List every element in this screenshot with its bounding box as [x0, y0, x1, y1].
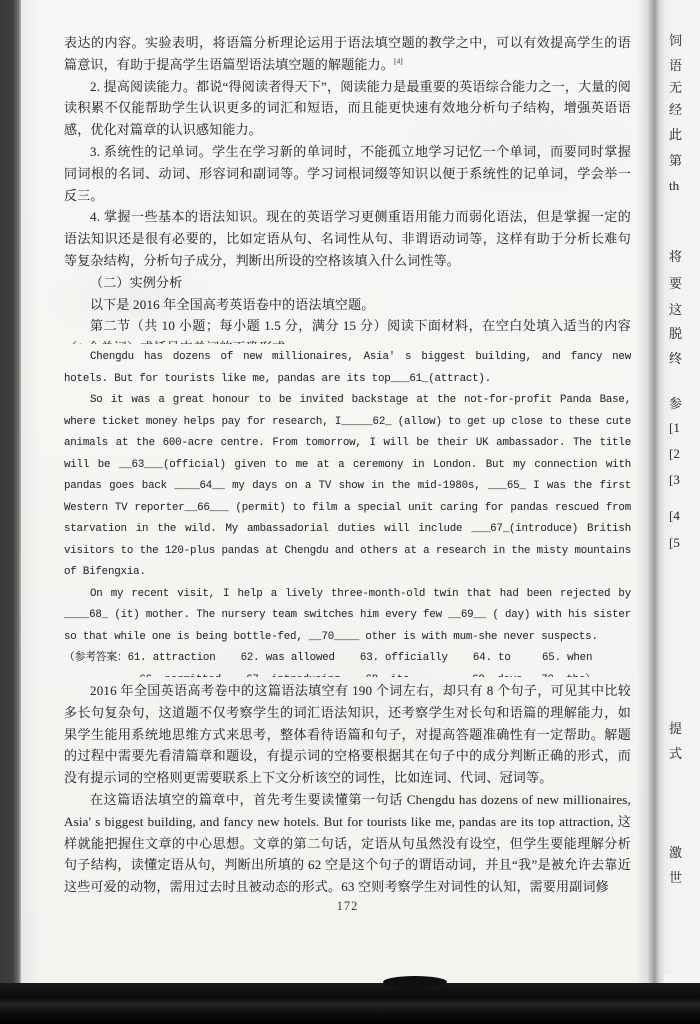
adjacent-page-line-fragment: 饲	[669, 30, 682, 49]
adjacent-page-line-fragment: 第	[669, 150, 682, 169]
adjacent-page-line-fragment: [5	[669, 535, 680, 551]
footnote-ref: [4]	[394, 56, 403, 65]
adjacent-page-line-fragment: 语	[669, 55, 682, 74]
adjacent-page-line-fragment: th	[669, 178, 679, 194]
paragraph: 以下是 2016 年全国高考英语卷中的语法填空题。	[64, 294, 631, 316]
adjacent-page-line-fragment: 激	[669, 842, 682, 861]
adjacent-page-line-fragment: 将	[669, 246, 682, 265]
paragraph-text: 在这篇语法填空的篇章中，首先考生要读懂第一句话 Chengdu has doze…	[64, 792, 631, 894]
adjacent-page-line-fragment: 脱	[669, 323, 682, 342]
paragraph: 4. 掌握一些基本的语法知识。现在的英语学习更侧重语用能力而弱化语法，但是掌握一…	[64, 206, 631, 271]
adjacent-page-line-fragment: 世	[669, 867, 682, 886]
page-gutter-shadow	[636, 0, 664, 985]
paragraph-text: （参考答案：61. attraction 62. was allowed 63.…	[64, 652, 596, 677]
adjacent-page-line-fragment: [1	[669, 420, 680, 436]
paragraph: 2016 年全国英语高考卷中的这篇语法填空有 190 个词左右，却只有 8 个句…	[64, 680, 631, 789]
paragraph: 在这篇语法填空的篇章中，首先考生要读懂第一句话 Chengdu has doze…	[64, 789, 631, 898]
adjacent-page-line-fragment: 提	[669, 718, 682, 737]
adjacent-page-line-fragment: 此	[669, 124, 682, 143]
adjacent-page-line-fragment: [4	[669, 508, 680, 524]
paragraph-text: On my recent visit, I help a lively thre…	[64, 588, 631, 643]
paragraph-text: （二）实例分析	[90, 275, 182, 290]
book-page: 表达的内容。实验表明，将语篇分析理论运用于语法填空题的教学之中，可以有效提高学生…	[21, 0, 645, 985]
adjacent-page-line-fragment: 要	[669, 273, 682, 292]
paragraph-text: 4. 掌握一些基本的语法知识。现在的英语学习更侧重语用能力而弱化语法，但是掌握一…	[64, 209, 631, 268]
adjacent-page-line-fragment: 式	[669, 743, 682, 762]
paragraph-text: 2016 年全国英语高考卷中的这篇语法填空有 190 个词左右，却只有 8 个句…	[64, 683, 631, 785]
scan-bottom-band	[0, 983, 700, 1024]
paragraph-text: 2. 提高阅读能力。都说“得阅读者得天下”，阅读能力是最重要的英语综合能力之一，…	[64, 79, 631, 138]
paragraph: On my recent visit, I help a lively thre…	[64, 584, 631, 649]
adjacent-page-line-fragment: [3	[669, 472, 680, 488]
paragraph: Chengdu has dozens of new millionaires, …	[64, 347, 631, 390]
adjacent-page-edge: 饲语无经此第th将要这脱终参[1[2[3[4[5提式激世	[664, 0, 700, 975]
adjacent-page-line-fragment: 无	[669, 77, 682, 96]
paragraph-text: 3. 系统性的记单词。学生在学习新的单词时，不能孤立地学习记忆一个单词，而要同时…	[64, 144, 631, 203]
paragraph: 第二节（共 10 小题；每小题 1.5 分，满分 15 分）阅读下面材料，在空白…	[64, 315, 631, 344]
intro-section: 表达的内容。实验表明，将语篇分析理论运用于语法填空题的教学之中，可以有效提高学生…	[64, 32, 631, 344]
paragraph-text: 表达的内容。实验表明，将语篇分析理论运用于语法填空题的教学之中，可以有效提高学生…	[64, 35, 631, 72]
page-number: 172	[64, 899, 631, 914]
adjacent-page-line-fragment: [2	[669, 446, 680, 462]
paragraph-text: Chengdu has dozens of new millionaires, …	[64, 351, 631, 385]
adjacent-page-line-fragment: 终	[669, 348, 682, 367]
scan-left-gutter-band	[0, 0, 21, 1024]
paragraph: 表达的内容。实验表明，将语篇分析理论运用于语法填空题的教学之中，可以有效提高学生…	[64, 32, 631, 76]
paragraph-text: 第二节（共 10 小题；每小题 1.5 分，满分 15 分）阅读下面材料，在空白…	[64, 318, 631, 344]
paragraph: 3. 系统性的记单词。学生在学习新的单词时，不能孤立地学习记忆一个单词，而要同时…	[64, 141, 631, 206]
adjacent-page-line-fragment: 参	[669, 393, 682, 412]
paragraph-text: So it was a great honour to be invited b…	[64, 394, 631, 578]
exercise-section: Chengdu has dozens of new millionaires, …	[64, 347, 631, 677]
scanned-book-page: 表达的内容。实验表明，将语篇分析理论运用于语法填空题的教学之中，可以有效提高学生…	[0, 0, 700, 1024]
paragraph: （二）实例分析	[64, 272, 631, 294]
analysis-section: 2016 年全国英语高考卷中的这篇语法填空有 190 个词左右，却只有 8 个句…	[64, 680, 631, 899]
paragraph: （参考答案：61. attraction 62. was allowed 63.…	[64, 648, 631, 677]
paragraph-text: 以下是 2016 年全国高考英语卷中的语法填空题。	[90, 297, 375, 312]
adjacent-page-line-fragment: 经	[669, 99, 682, 118]
paragraph: So it was a great honour to be invited b…	[64, 390, 631, 584]
paragraph: 2. 提高阅读能力。都说“得阅读者得天下”，阅读能力是最重要的英语综合能力之一，…	[64, 76, 631, 141]
adjacent-page-line-fragment: 这	[669, 299, 682, 318]
